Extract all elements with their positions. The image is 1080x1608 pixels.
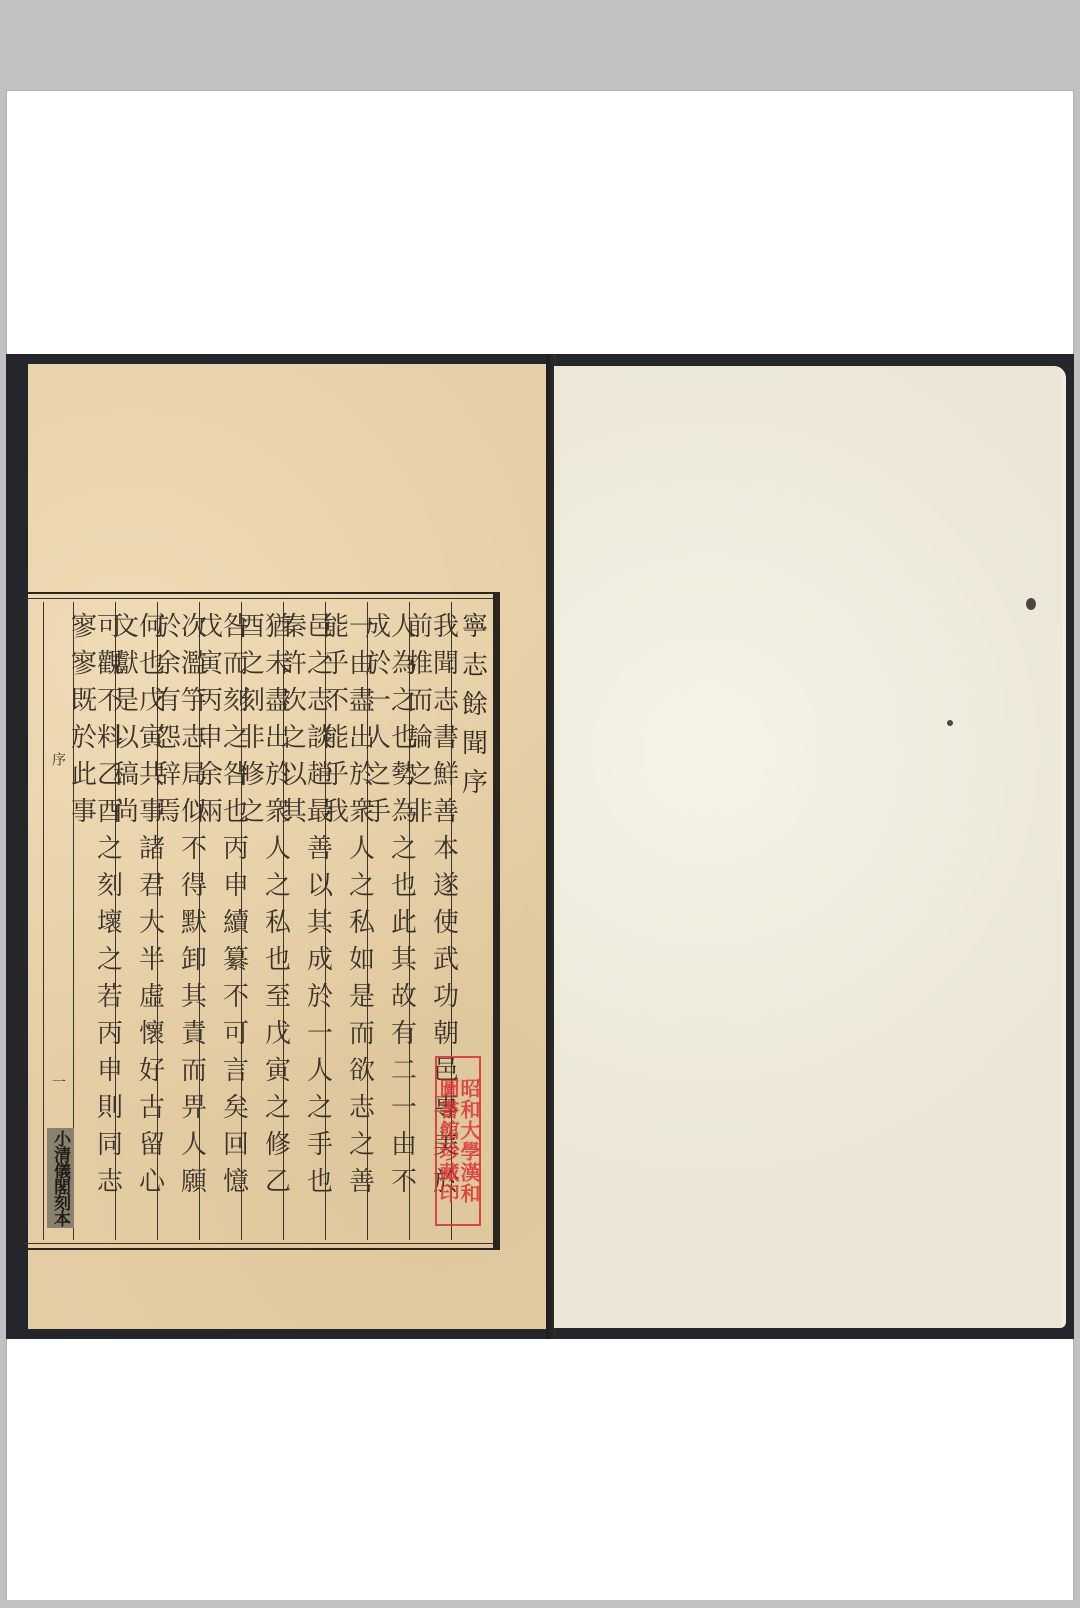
margin-title: 序 bbox=[48, 752, 68, 766]
paper-spot bbox=[947, 720, 953, 726]
paper-spot bbox=[1026, 598, 1036, 610]
edition-label: 小清儀閣刻本 bbox=[47, 1128, 74, 1228]
seal-text-right: 昭和大學漢和 bbox=[458, 1058, 479, 1224]
printed-text-frame: 寧志餘聞序 我聞志書鮮善本遂使武功朝邑專美於前推而論之非 人為之也勢為之也此其故… bbox=[20, 592, 500, 1250]
seal-text-left: 圖書館珍藏印 bbox=[437, 1058, 458, 1224]
margin-page-number: 一 bbox=[52, 1072, 66, 1092]
left-page: 寧志餘聞序 我聞志書鮮善本遂使武功朝邑專美於前推而論之非 人為之也勢為之也此其故… bbox=[28, 364, 549, 1329]
center-fold-margin: 序 一 小清儀閣刻本 bbox=[43, 602, 73, 1240]
right-page-blank bbox=[554, 366, 1066, 1328]
text-columns: 寧志餘聞序 我聞志書鮮善本遂使武功朝邑專美於前推而論之非 人為之也勢為之也此其故… bbox=[28, 602, 493, 1240]
library-seal: 昭和大學漢和 圖書館珍藏印 bbox=[435, 1056, 481, 1226]
book-scan: 寧志餘聞序 我聞志書鮮善本遂使武功朝邑專美於前推而論之非 人為之也勢為之也此其故… bbox=[6, 354, 1074, 1339]
